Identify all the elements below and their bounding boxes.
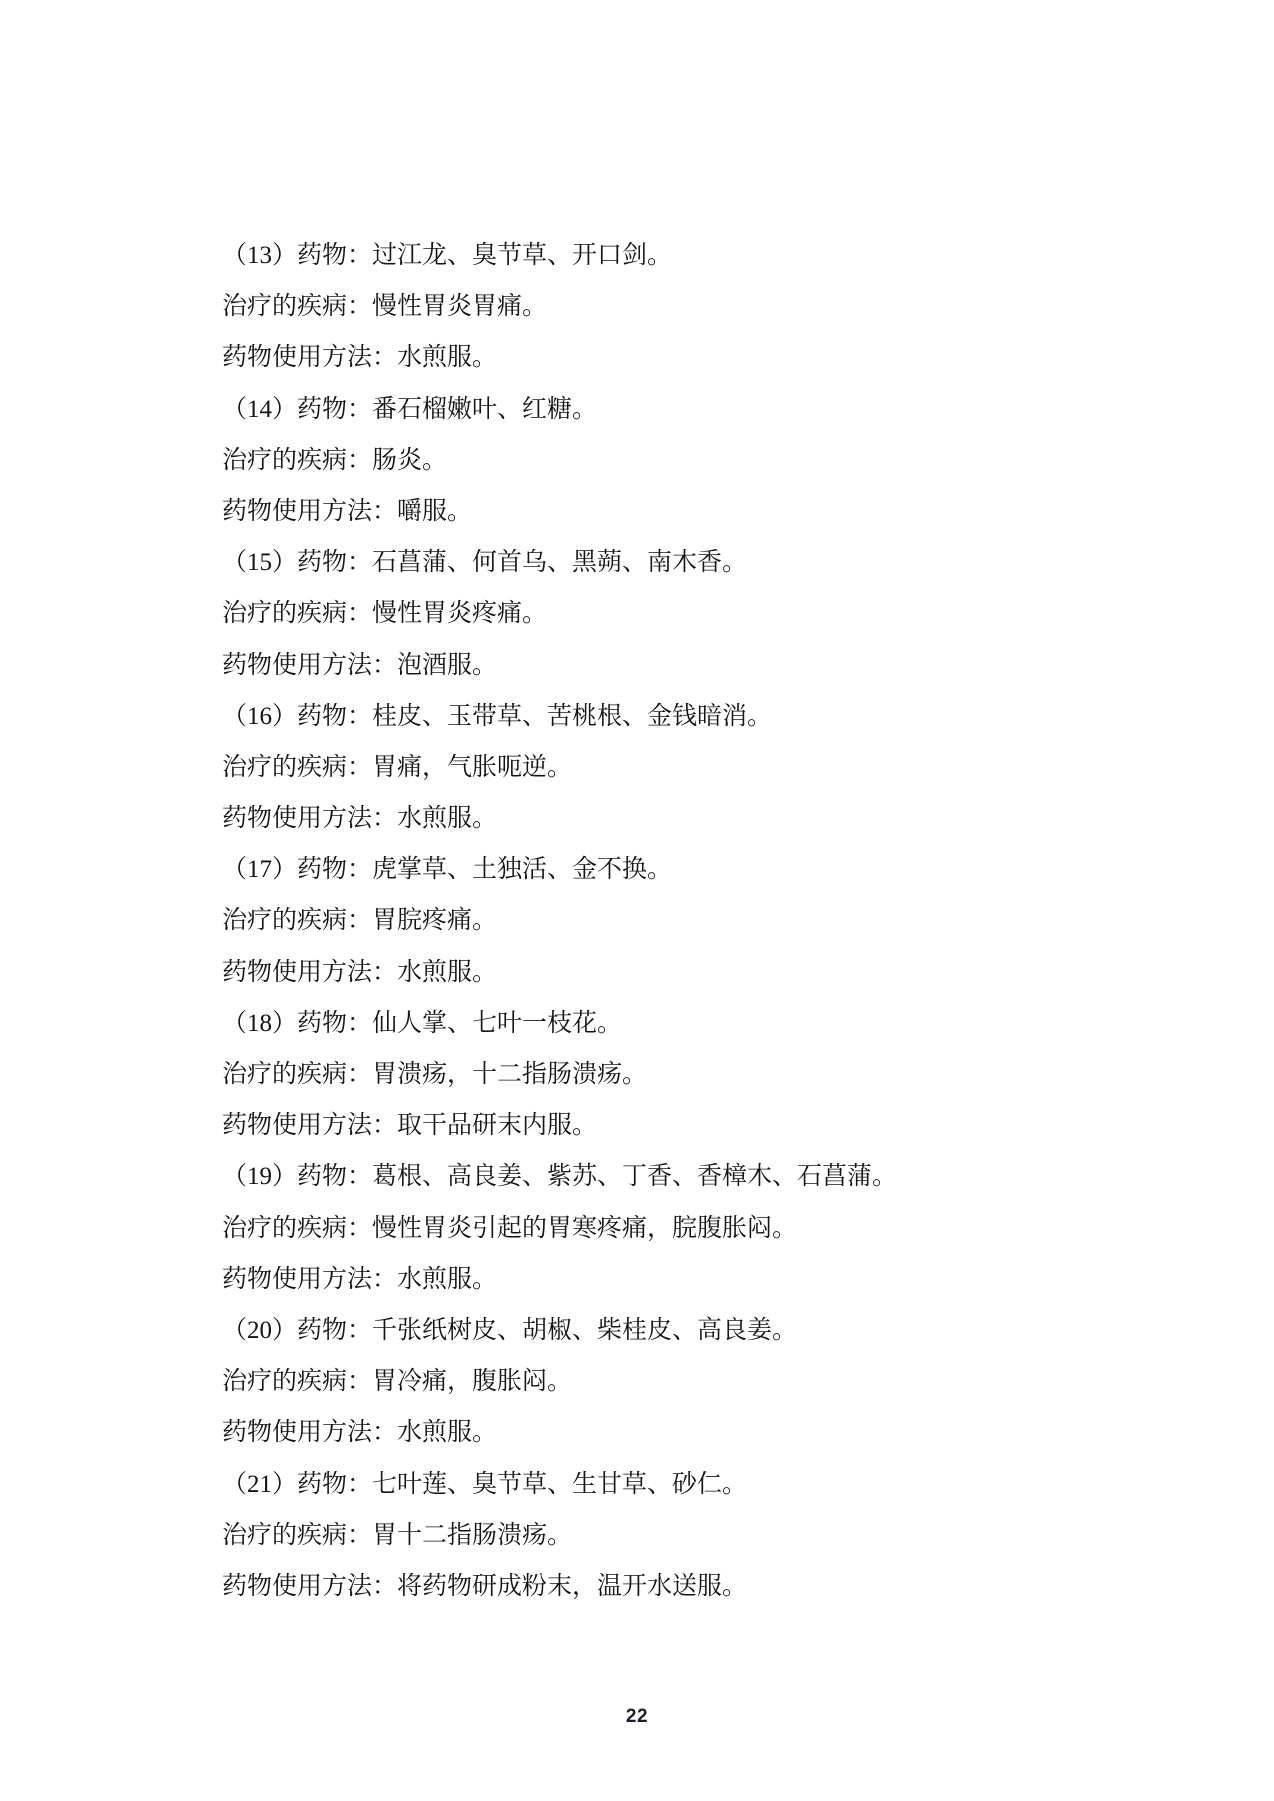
document-page: （13）药物：过江龙、臭节草、开口剑。治疗的疾病：慢性胃炎胃痛。药物使用方法：水…	[0, 0, 1274, 1801]
entry-medicines-line: （17）药物：虎掌草、土独活、金不换。	[222, 844, 1162, 895]
entry-usage-line: 药物使用方法：泡酒服。	[222, 640, 1162, 691]
entry-usage-line: 药物使用方法：水煎服。	[222, 793, 1162, 844]
page-number: 22	[626, 1706, 648, 1728]
entry-usage-line: 药物使用方法：水煎服。	[222, 1254, 1162, 1305]
entry-medicines-line: （15）药物：石菖蒲、何首乌、黑蒴、南木香。	[222, 537, 1162, 588]
entry-diseases-line: 治疗的疾病：肠炎。	[222, 435, 1162, 486]
entry-diseases-line: 治疗的疾病：慢性胃炎疼痛。	[222, 588, 1162, 639]
entries-container: （13）药物：过江龙、臭节草、开口剑。治疗的疾病：慢性胃炎胃痛。药物使用方法：水…	[222, 230, 1162, 1612]
entry-medicines-line: （20）药物：千张纸树皮、胡椒、柴桂皮、高良姜。	[222, 1305, 1162, 1356]
entry-usage-line: 药物使用方法：将药物研成粉末，温开水送服。	[222, 1561, 1162, 1612]
entry-medicines-line: （21）药物：七叶莲、臭节草、生甘草、砂仁。	[222, 1459, 1162, 1510]
entry-diseases-line: 治疗的疾病：慢性胃炎胃痛。	[222, 281, 1162, 332]
entry-usage-line: 药物使用方法：水煎服。	[222, 332, 1162, 383]
entry-diseases-line: 治疗的疾病：胃冷痛，腹胀闷。	[222, 1356, 1162, 1407]
entry-usage-line: 药物使用方法：水煎服。	[222, 1407, 1162, 1458]
entry-medicines-line: （19）药物：葛根、高良姜、紫苏、丁香、香樟木、石菖蒲。	[222, 1151, 1162, 1202]
entry-usage-line: 药物使用方法：嚼服。	[222, 486, 1162, 537]
entry-diseases-line: 治疗的疾病：慢性胃炎引起的胃寒疼痛，脘腹胀闷。	[222, 1203, 1162, 1254]
entry-diseases-line: 治疗的疾病：胃十二指肠溃疡。	[222, 1510, 1162, 1561]
entry-diseases-line: 治疗的疾病：胃脘疼痛。	[222, 895, 1162, 946]
entry-diseases-line: 治疗的疾病：胃溃疡，十二指肠溃疡。	[222, 1049, 1162, 1100]
entry-medicines-line: （14）药物：番石榴嫩叶、红糖。	[222, 384, 1162, 435]
entry-usage-line: 药物使用方法：取干品研末内服。	[222, 1100, 1162, 1151]
entry-diseases-line: 治疗的疾病：胃痛，气胀呃逆。	[222, 742, 1162, 793]
entry-medicines-line: （13）药物：过江龙、臭节草、开口剑。	[222, 230, 1162, 281]
entry-medicines-line: （16）药物：桂皮、玉带草、苦桃根、金钱暗消。	[222, 691, 1162, 742]
entry-medicines-line: （18）药物：仙人掌、七叶一枝花。	[222, 998, 1162, 1049]
entry-usage-line: 药物使用方法：水煎服。	[222, 947, 1162, 998]
page-footer: 22	[0, 1706, 1274, 1728]
